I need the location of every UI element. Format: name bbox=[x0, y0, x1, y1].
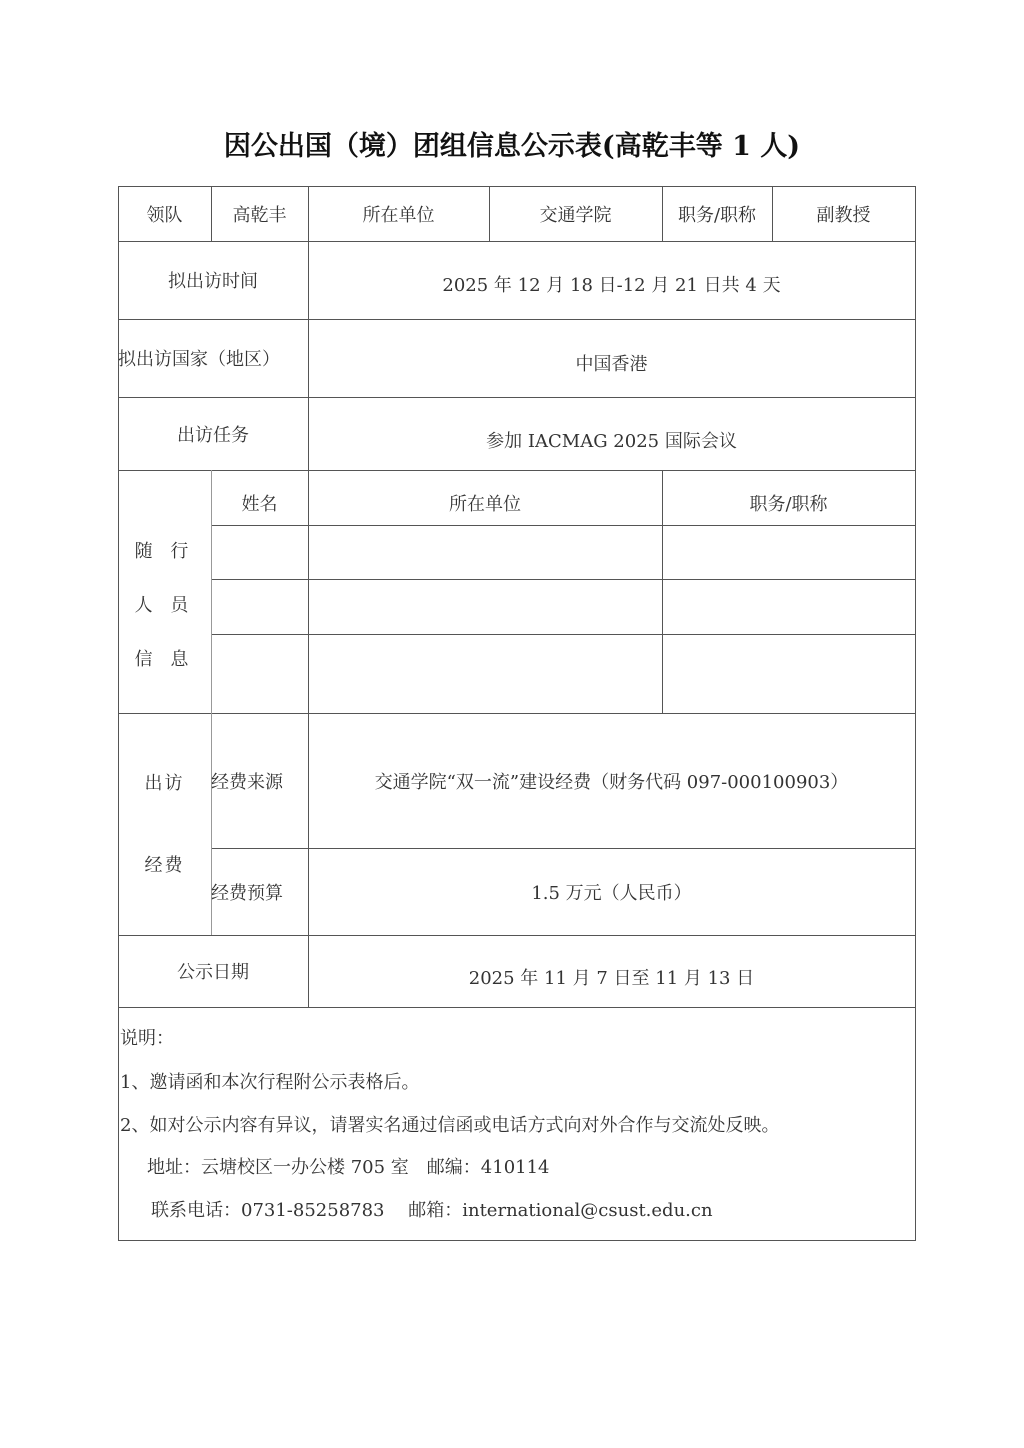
position-value: 副教授 bbox=[772, 186, 915, 241]
funding-label-line: 经费 bbox=[145, 825, 185, 907]
companion-position-cell bbox=[662, 579, 915, 634]
funding-budget-label: 经费预算 bbox=[211, 848, 308, 935]
companion-unit-cell bbox=[308, 634, 662, 713]
companion-unit-cell bbox=[308, 525, 662, 579]
companions-label-line: 随 行 bbox=[135, 525, 195, 579]
companion-name-cell bbox=[211, 525, 308, 579]
unit-value: 交通学院 bbox=[489, 186, 662, 241]
companion-position-cell bbox=[662, 634, 915, 713]
funding-budget-value: 1.5 万元（人民币） bbox=[308, 848, 915, 935]
visit-country-value: 中国香港 bbox=[308, 319, 915, 407]
note-item: 1、邀请函和本次行程附公示表格后。 bbox=[120, 1068, 419, 1094]
visit-time-value: 2025 年 12 月 18 日-12 月 21 日共 4 天 bbox=[308, 241, 915, 327]
publicity-date-value: 2025 年 11 月 7 日至 11 月 13 日 bbox=[308, 935, 915, 1019]
note-address: 地址：云塘校区一办公楼 705 室 邮编：410114 bbox=[147, 1153, 550, 1179]
position-label: 职务/职称 bbox=[662, 186, 772, 241]
leader-name: 高乾丰 bbox=[211, 186, 308, 241]
companion-name-cell bbox=[211, 579, 308, 634]
table-border-bottom bbox=[118, 1240, 916, 1241]
funding-label-line: 出访 bbox=[145, 743, 185, 825]
visit-time-label: 拟出访时间 bbox=[118, 241, 308, 319]
note-item: 2、如对公示内容有异议，请署实名通过信函或电话方式向对外合作与交流处反映。 bbox=[120, 1111, 779, 1137]
note-contact: 联系电话：0731-85258783 邮箱：international@csus… bbox=[151, 1196, 713, 1222]
companion-unit-cell bbox=[308, 579, 662, 634]
companion-name-cell bbox=[211, 634, 308, 713]
visit-country-label: 拟出访国家（地区） bbox=[118, 319, 308, 397]
table-border-right bbox=[915, 186, 916, 1241]
visit-task-label: 出访任务 bbox=[118, 397, 308, 470]
funding-source-value: 交通学院“双一流”建设经费（财务代码 097-000100903） bbox=[308, 713, 915, 848]
companions-label-line: 信 息 bbox=[135, 633, 195, 687]
companions-label-line: 人 员 bbox=[135, 579, 195, 633]
funding-label: 出访 经费 bbox=[118, 745, 211, 905]
publicity-date-label: 公示日期 bbox=[118, 935, 308, 1007]
leader-label: 领队 bbox=[118, 186, 211, 241]
funding-source-label: 经费来源 bbox=[211, 713, 308, 848]
companion-position-cell bbox=[662, 525, 915, 579]
notes-heading: 说明： bbox=[120, 1024, 174, 1050]
companions-label: 随 行 人 员 信 息 bbox=[118, 525, 211, 687]
page-title: 因公出国（境）团组信息公示表(高乾丰等 1 人) bbox=[0, 124, 1024, 163]
unit-label: 所在单位 bbox=[308, 186, 489, 241]
